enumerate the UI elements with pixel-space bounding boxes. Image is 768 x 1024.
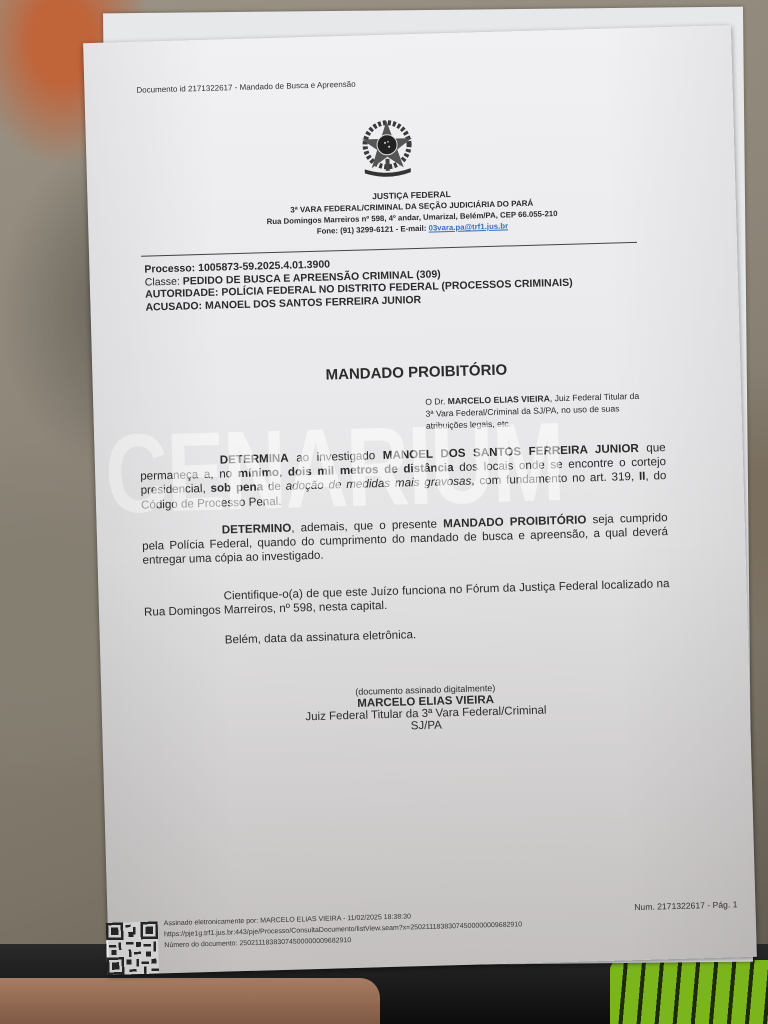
- paragraph-date: Belém, data da assinatura eletrônica.: [145, 621, 671, 650]
- preamble: O Dr. MARCELO ELIAS VIEIRA, Juiz Federal…: [425, 390, 646, 432]
- judge-name: MARCELO ELIAS VIEIRA: [448, 393, 550, 406]
- document-page: Documento id 2171322617 - Mandado de Bus…: [83, 25, 757, 975]
- court-phone: Fone: (91) 3299-6121 - E-mail:: [317, 224, 429, 236]
- signature-block: (documento assinado digitalmente) MARCEL…: [101, 675, 750, 741]
- footer-signature-info: Assinado eletronicamente por: MARCELO EL…: [164, 909, 523, 951]
- paragraph-determina: DETERMINA ao investigado MANOEL DOS SANT…: [140, 441, 667, 512]
- page-number: Num. 2171322617 - Pág. 1: [634, 899, 737, 912]
- document-id-line: Documento id 2171322617 - Mandado de Bus…: [136, 80, 355, 95]
- paragraph-determino: DETERMINO, ademais, que o presente MANDA…: [142, 511, 669, 568]
- brazil-coat-of-arms-icon: [353, 114, 421, 182]
- paragraph-cientifique: Cientifique-o(a) de que este Juízo funci…: [143, 577, 670, 620]
- hand: [0, 978, 380, 1024]
- document-title: MANDADO PROIBITÓRIO: [92, 355, 740, 390]
- court-header: JUSTIÇA FEDERAL 3ª VARA FEDERAL/CRIMINAL…: [87, 181, 736, 242]
- case-metadata: Processo: 1005873-59.2025.4.01.3900 Clas…: [144, 252, 573, 314]
- green-striped-cloth: [610, 960, 768, 1024]
- court-email-link[interactable]: 03vara.pa@trf1.jus.br: [428, 221, 508, 232]
- qr-code-icon[interactable]: [106, 919, 160, 976]
